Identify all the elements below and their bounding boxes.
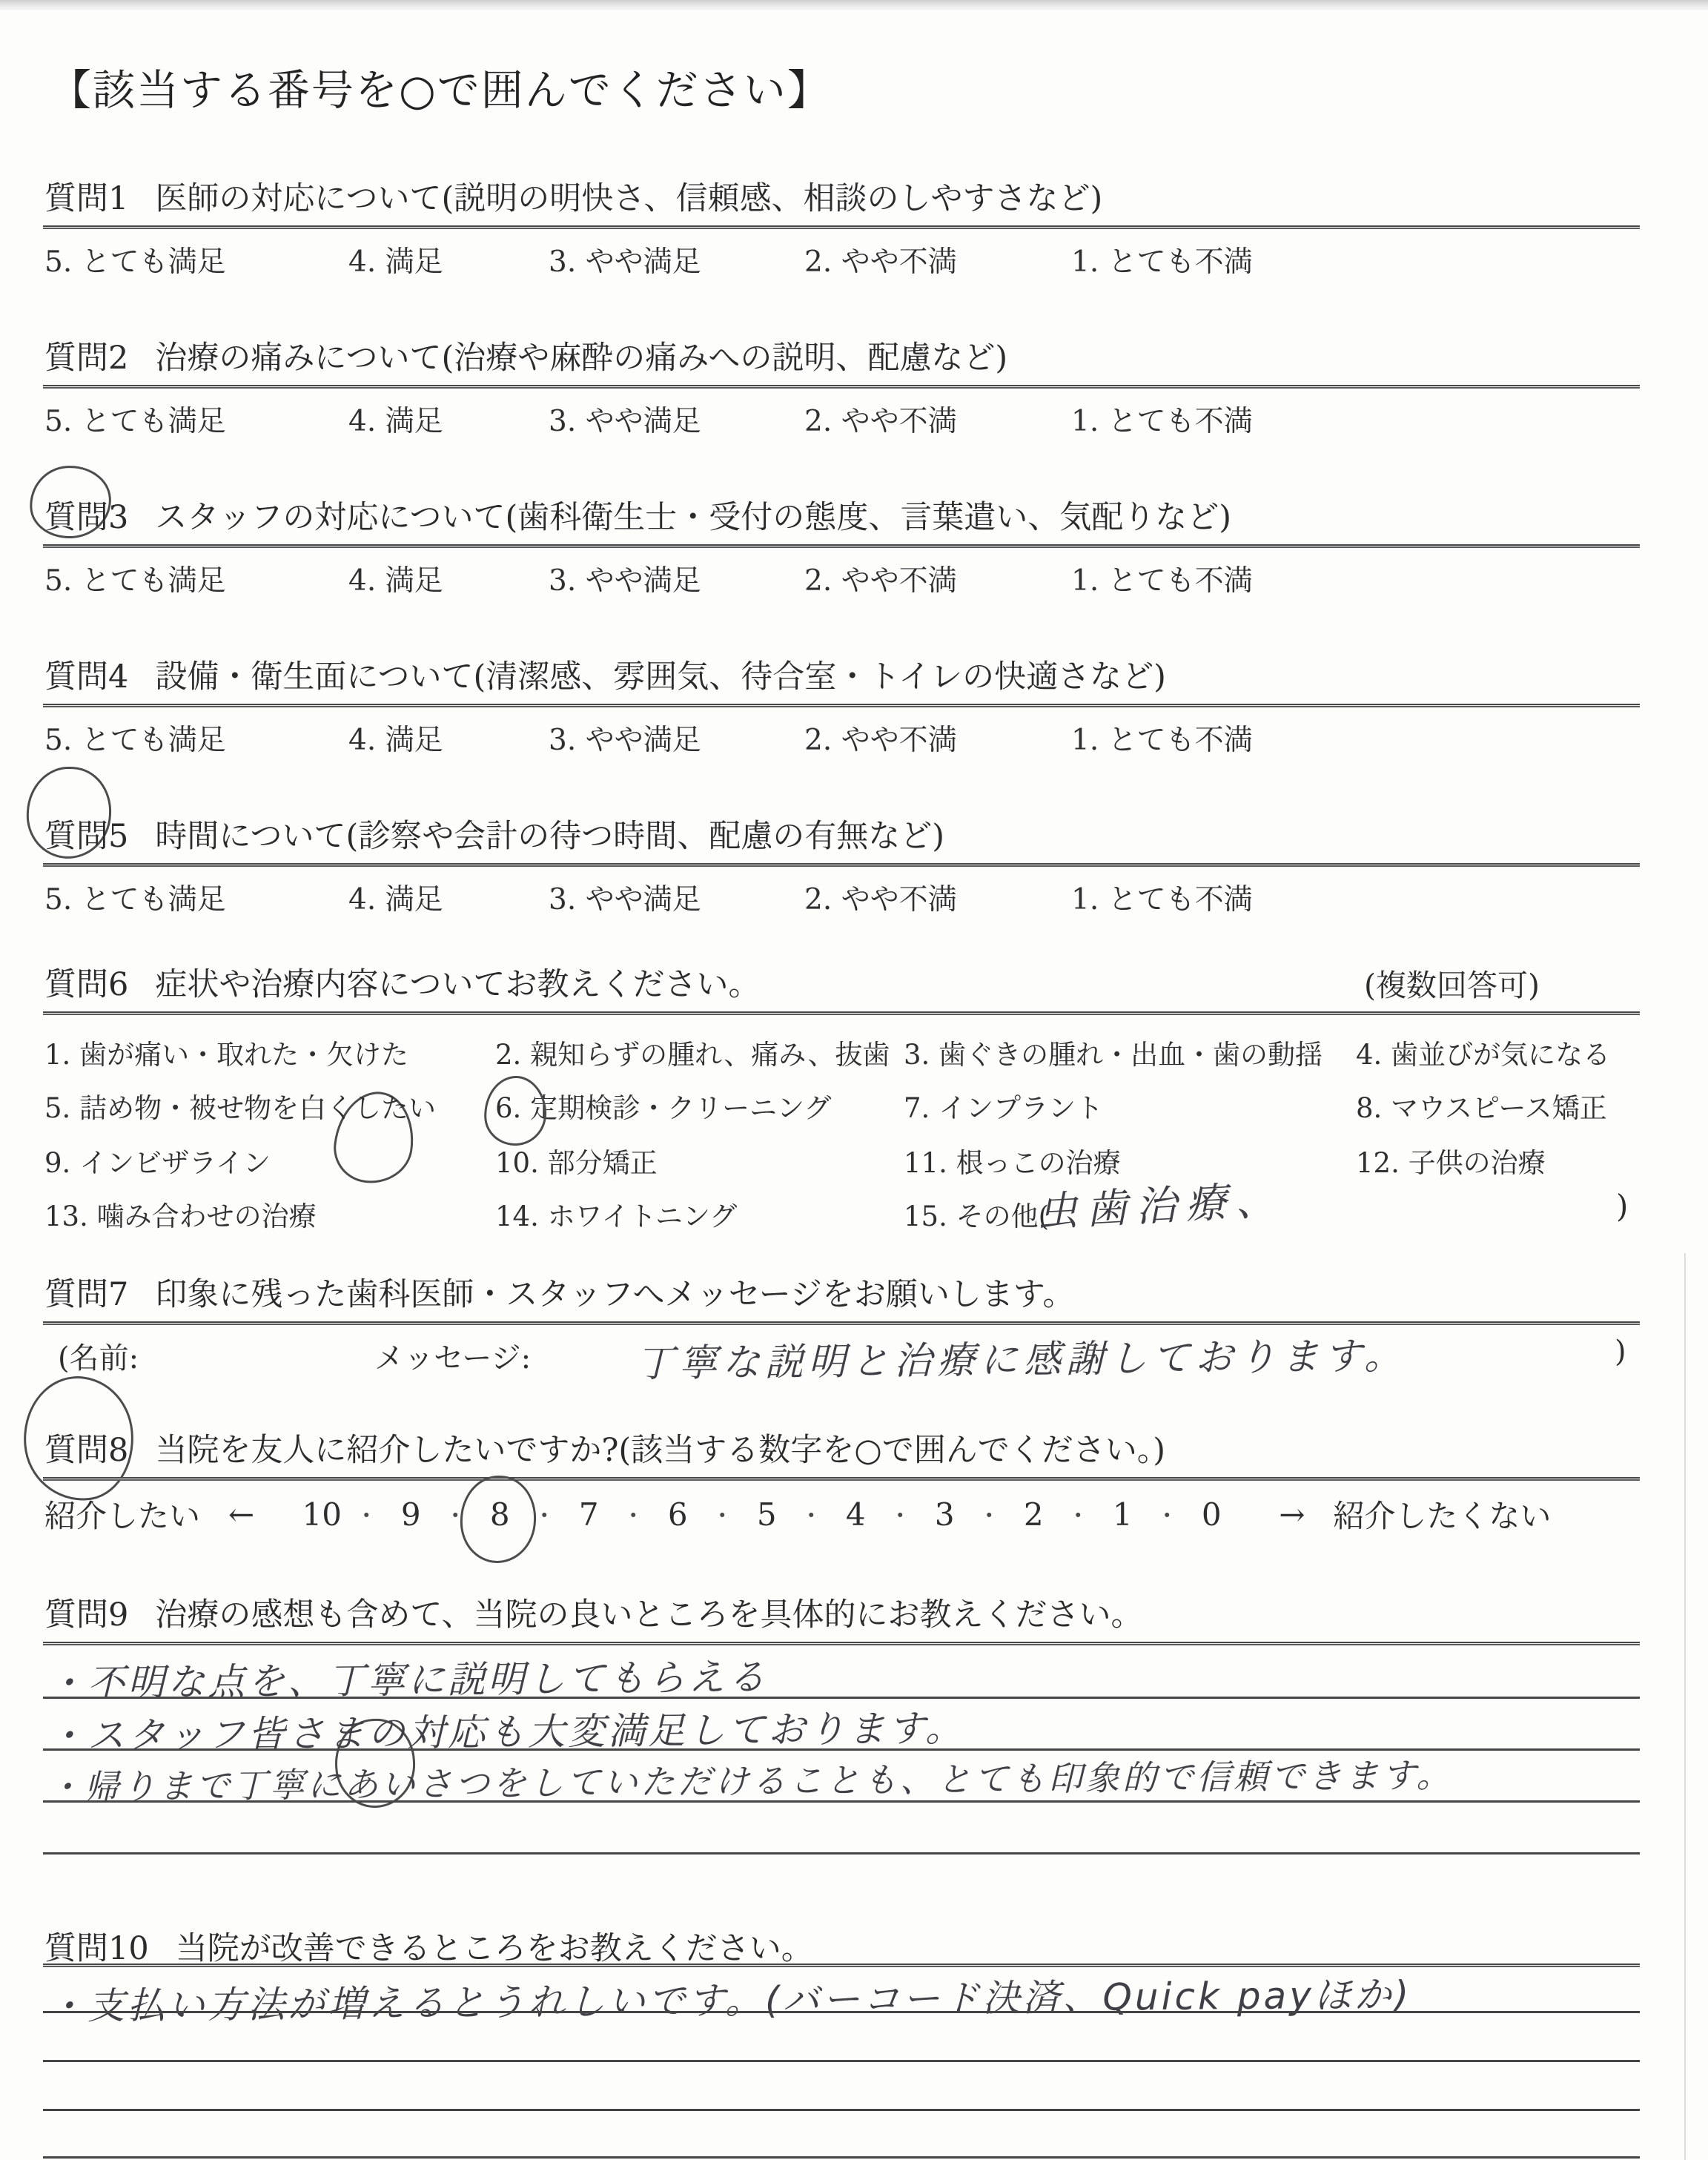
q6-divider xyxy=(43,1011,1640,1015)
q7-title-text: 印象に残った歯科医師・スタッフへメッセージをお願いします。 xyxy=(155,1276,1074,1313)
q8-separator: ・ xyxy=(877,1497,923,1531)
q8-separator: ・ xyxy=(966,1497,1012,1531)
q6-title: 質問6症状や治療内容についてお教えください。 xyxy=(44,960,761,1005)
q2-title: 質問2治療の痛みについて(治療や麻酔の痛みへの説明、配慮など) xyxy=(44,333,1007,378)
q7-label: 質問7 xyxy=(44,1276,128,1313)
q10-title-text: 当院が改善できるところをお教えください。 xyxy=(176,1930,813,1967)
q7-closing-paren: ) xyxy=(1615,1335,1626,1369)
q8-number-6: 6 xyxy=(656,1496,699,1533)
q5-divider xyxy=(43,863,1640,867)
q8-number-5: 5 xyxy=(745,1496,788,1533)
q2-option-2: 2. やや不満 xyxy=(804,398,957,440)
q4-divider xyxy=(43,704,1640,707)
q8-separator: ・ xyxy=(432,1497,478,1531)
q3-option-1: 1. とても不満 xyxy=(1071,558,1253,599)
q8-number-7: 7 xyxy=(567,1496,610,1533)
q2-divider xyxy=(43,385,1640,389)
q7-message-label: メッセージ: xyxy=(374,1335,531,1377)
q6-item-5: 5. 詰め物・被せ物を白くしたい xyxy=(44,1086,436,1126)
q3-option-4: 4. 満足 xyxy=(348,564,443,598)
q8-right-arrow-icon: → xyxy=(1279,1496,1305,1533)
q5-option-3: 3. やや満足 xyxy=(549,876,701,918)
q3-title: 質問3スタッフの対応について(歯科衛生士・受付の態度、言葉遣い、気配りなど) xyxy=(44,492,1231,538)
q6-other-closing-paren: ) xyxy=(1616,1188,1628,1224)
q2-option-5: 5. とても満足 xyxy=(44,405,226,438)
q6-item-6-text: 6. 定期検診・クリーニング xyxy=(495,1092,831,1124)
q2-option-1: 1. とても不満 xyxy=(1071,398,1253,440)
q10-handwritten-line-1: ・支払い方法が増えるとうれしいです。(バーコード決済、Quick payほか) xyxy=(47,1965,1412,2030)
q3-label: 質問3 xyxy=(44,499,128,536)
q6-other-handwritten-text: 虫歯治療、 xyxy=(1035,1166,1286,1238)
q8-separator: ・ xyxy=(788,1497,834,1531)
q8-number-1: 1 xyxy=(1101,1496,1144,1533)
q9-answer-line xyxy=(43,1800,1640,1803)
q9-divider xyxy=(43,1642,1640,1645)
q4-option-3: 3. やや満足 xyxy=(549,717,701,759)
q6-item-10: 10. 部分矯正 xyxy=(495,1140,658,1180)
q4-title: 質問4設備・衛生面について(清潔感、雰囲気、待合室・トイレの快適さなど) xyxy=(44,652,1166,697)
q10-answer-line xyxy=(43,2060,1640,2062)
q1-options: 5. とても満足 4. 満足 3. やや満足 2. やや不満 1. とても不満 xyxy=(0,239,1708,285)
q6-item-7: 7. インプラント xyxy=(904,1086,1103,1126)
q6-item-4: 4. 歯並びが気になる xyxy=(1356,1032,1610,1072)
q8-label: 質問8 xyxy=(44,1432,128,1469)
q8-title-text: 当院を友人に紹介したいですか?(該当する数字を○で囲んでください。) xyxy=(155,1432,1165,1469)
q8-number-3: 3 xyxy=(923,1496,966,1533)
q1-divider xyxy=(43,225,1640,229)
q9-label: 質問9 xyxy=(44,1596,128,1634)
q8-nps-scale: 紹介したい ← 10 ・ 9 ・ 8 ・ 7 ・ 6 ・ 5 ・ 4 ・ 3 ・… xyxy=(44,1492,1551,1536)
q8-left-arrow-icon: ← xyxy=(228,1496,254,1533)
q5-option-5: 5. とても満足 xyxy=(44,876,226,918)
q8-number-4: 4 xyxy=(834,1496,877,1533)
q8-number-0: 0 xyxy=(1190,1496,1233,1533)
q6-item-15: 15. その他( xyxy=(904,1194,1049,1234)
q8-separator: ・ xyxy=(1144,1497,1190,1531)
q5-label: 質問5 xyxy=(44,818,128,855)
q6-label: 質問6 xyxy=(44,966,128,1003)
q8-number-2: 2 xyxy=(1012,1496,1055,1533)
q9-answer-line xyxy=(43,1697,1640,1699)
q10-answer-line xyxy=(43,2156,1640,2159)
q6-item-11: 11. 根っこの治療 xyxy=(904,1140,1121,1180)
q5-title: 質問5時間について(診察や会計の待つ時間、配慮の有無など) xyxy=(44,811,944,856)
q8-title: 質問8当院を友人に紹介したいですか?(該当する数字を○で囲んでください。) xyxy=(44,1425,1165,1470)
q6-item-9: 9. インビザライン xyxy=(44,1140,271,1180)
q2-label: 質問2 xyxy=(44,340,128,377)
q3-option-3: 3. やや満足 xyxy=(549,558,701,599)
q6-item-1: 1. 歯が痛い・取れた・欠けた xyxy=(44,1032,408,1072)
q9-title-text: 治療の感想も含めて、当院の良いところを具体的にお教えください。 xyxy=(155,1596,1142,1634)
q6-title-text: 症状や治療内容についてお教えください。 xyxy=(155,966,760,1003)
q8-number-8: 8 xyxy=(478,1496,521,1533)
q6-item-13: 13. 噛み合わせの治療 xyxy=(44,1194,317,1234)
q6-item-12: 12. 子供の治療 xyxy=(1356,1140,1546,1180)
survey-scan-page: 【該当する番号を○で囲んでください】 質問1医師の対応について(説明の明快さ、信… xyxy=(0,0,1708,2160)
q6-item-3: 3. 歯ぐきの腫れ・出血・歯の動揺 xyxy=(904,1032,1323,1072)
q4-options: 5. とても満足 4. 満足 3. やや満足 2. やや不満 1. とても不満 xyxy=(0,717,1708,763)
q3-title-text: スタッフの対応について(歯科衛生士・受付の態度、言葉遣い、気配りなど) xyxy=(155,499,1231,536)
q1-title-text: 医師の対応について(説明の明快さ、信頼感、相談のしやすさなど) xyxy=(155,180,1102,217)
q8-number-8-text: 8 xyxy=(490,1496,510,1533)
q9-title: 質問9治療の感想も含めて、当院の良いところを具体的にお教えください。 xyxy=(44,1590,1143,1635)
q4-title-text: 設備・衛生面について(清潔感、雰囲気、待合室・トイレの快適さなど) xyxy=(155,658,1166,696)
q8-number-9: 9 xyxy=(389,1496,432,1533)
q4-option-5: 5. とても満足 xyxy=(44,724,226,757)
q10-answer-line xyxy=(43,2109,1640,2111)
q1-title: 質問1医師の対応について(説明の明快さ、信頼感、相談のしやすさなど) xyxy=(44,174,1102,219)
q10-answer-line xyxy=(43,2011,1640,2013)
scan-right-edge-line xyxy=(1684,1253,1686,2160)
q7-title: 質問7印象に残った歯科医師・スタッフへメッセージをお願いします。 xyxy=(44,1269,1074,1315)
q6-multi-answer-note: (複数回答可) xyxy=(1364,961,1540,1005)
q4-option-2: 2. やや不満 xyxy=(804,717,957,759)
q6-item-6: 6. 定期検診・クリーニング xyxy=(495,1086,831,1126)
q10-label: 質問10 xyxy=(44,1930,149,1967)
q5-option-1: 1. とても不満 xyxy=(1071,876,1253,918)
q4-label: 質問4 xyxy=(44,658,128,696)
q3-option-5: 5. とても満足 xyxy=(44,558,226,599)
q2-option-4: 4. 満足 xyxy=(348,398,443,440)
q7-message-handwritten-text: 丁寧な説明と治療に感謝しております。 xyxy=(636,1325,1408,1388)
q2-title-text: 治療の痛みについて(治療や麻酔の痛みへの説明、配慮など) xyxy=(155,340,1007,377)
q1-option-4: 4. 満足 xyxy=(348,239,443,280)
page-title: 【該当する番号を○で囲んでください】 xyxy=(49,56,831,117)
q8-number-10: 10 xyxy=(300,1496,343,1533)
q8-separator: ・ xyxy=(521,1497,567,1531)
q8-separator: ・ xyxy=(343,1497,389,1531)
q8-separator: ・ xyxy=(1055,1497,1101,1531)
q8-separator: ・ xyxy=(610,1497,656,1531)
q1-option-5: 5. とても満足 xyxy=(44,245,226,279)
q5-option-2: 2. やや不満 xyxy=(804,876,957,918)
q5-options: 5. とても満足 4. 満足 3. やや満足 2. やや不満 1. とても不満 xyxy=(0,876,1708,922)
q8-divider xyxy=(43,1477,1640,1481)
q1-option-2: 2. やや不満 xyxy=(804,239,957,280)
scan-top-edge xyxy=(0,0,1708,10)
q1-option-3: 3. やや満足 xyxy=(549,239,701,280)
q8-separator: ・ xyxy=(699,1497,745,1531)
q5-option-4: 4. 満足 xyxy=(348,883,443,916)
q3-option-2: 2. やや不満 xyxy=(804,558,957,599)
q6-item-2: 2. 親知らずの腫れ、痛み、抜歯 xyxy=(495,1032,890,1072)
q2-options: 5. とても満足 4. 満足 3. やや満足 2. やや不満 1. とても不満 xyxy=(0,398,1708,444)
q9-answer-line xyxy=(43,1852,1640,1855)
q4-option-4: 4. 満足 xyxy=(348,717,443,759)
q8-left-label: 紹介したい xyxy=(44,1492,200,1536)
q3-options: 5. とても満足 4. 満足 3. やや満足 2. やや不満 1. とても不満 xyxy=(0,558,1708,604)
q5-title-text: 時間について(診察や会計の待つ時間、配慮の有無など) xyxy=(155,818,944,855)
q2-option-3: 3. やや満足 xyxy=(549,398,701,440)
q10-title: 質問10当院が改善できるところをお教えください。 xyxy=(44,1923,813,1969)
q1-option-1: 1. とても不満 xyxy=(1071,239,1253,280)
q1-label: 質問1 xyxy=(44,180,128,217)
q6-item-14: 14. ホワイトニング xyxy=(495,1194,737,1234)
q7-name-label: (名前: xyxy=(58,1335,139,1377)
q4-option-1: 1. とても不満 xyxy=(1071,717,1253,759)
q3-divider xyxy=(43,544,1640,548)
q8-right-label: 紹介したくない xyxy=(1333,1492,1551,1536)
q6-item-8: 8. マウスピース矯正 xyxy=(1356,1086,1607,1126)
